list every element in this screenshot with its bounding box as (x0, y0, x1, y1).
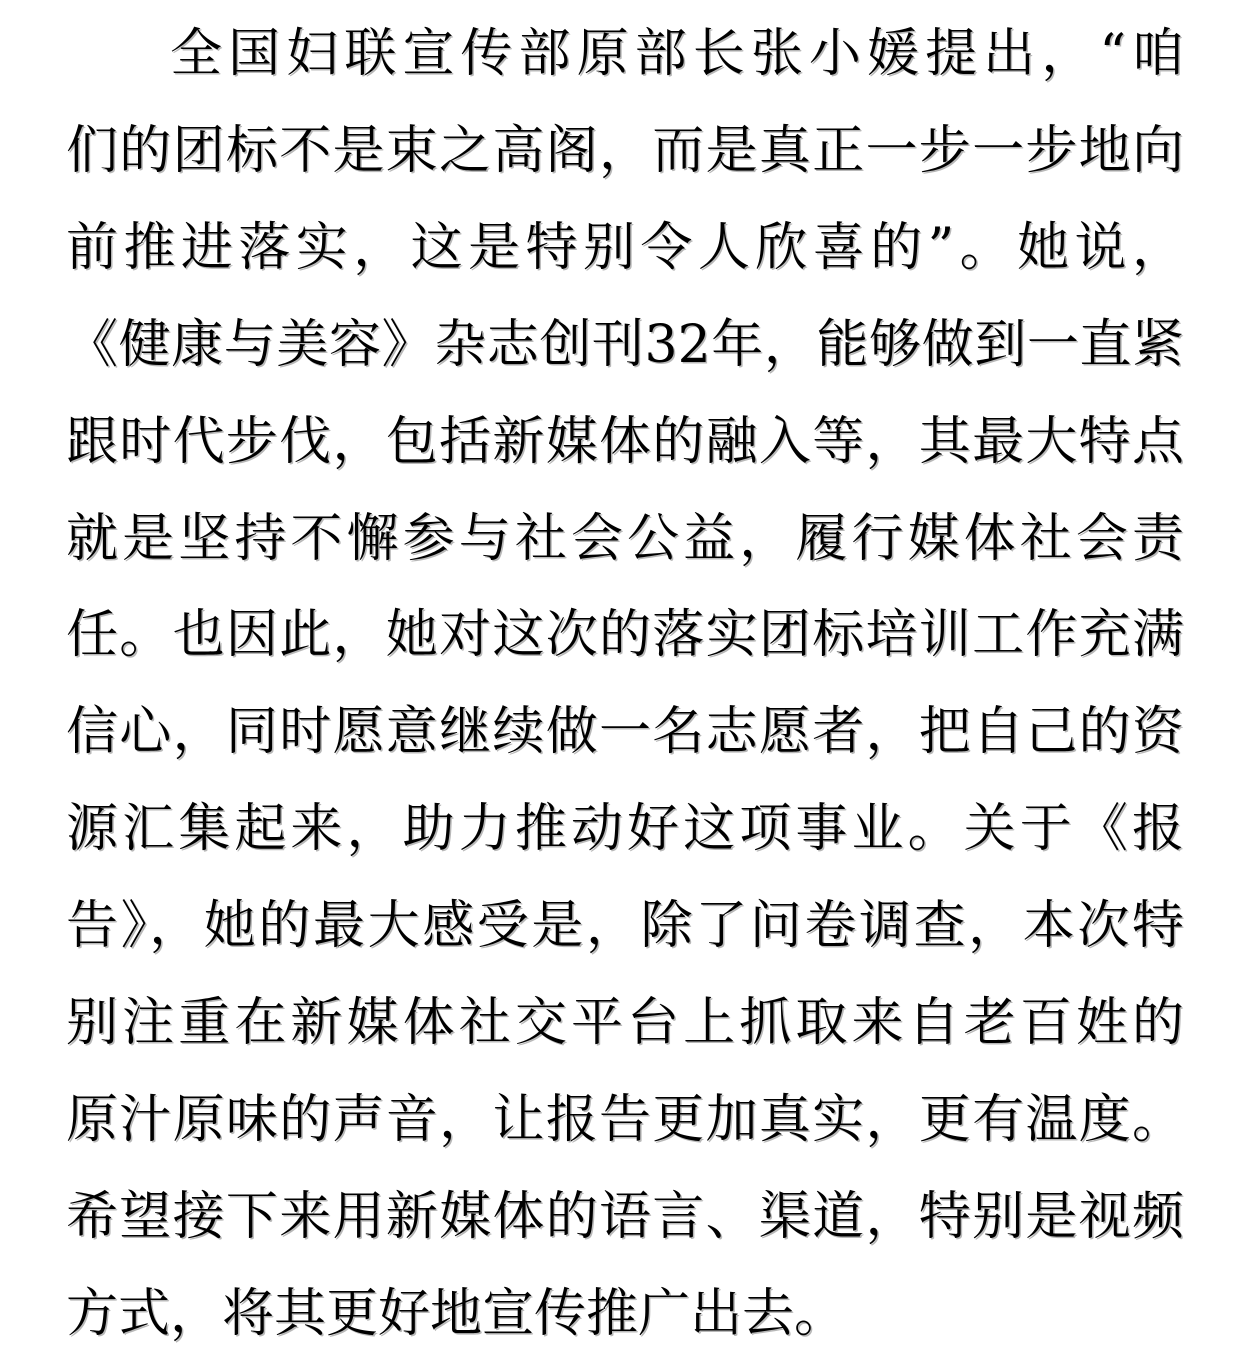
text-line: 源汇集起来，助力推动好这项事业。关于《报 (66, 781, 1184, 878)
text-line: 们的团标不是束之高阁，而是真正一步一步地向 (66, 103, 1184, 200)
text-line: 希望接下来用新媒体的语言、渠道，特别是视频 (66, 1169, 1184, 1266)
text-line: 全国妇联宣传部原部长张小媛提出，“咱 (66, 6, 1184, 103)
text-line: 告》，她的最大感受是，除了问卷调查，本次特 (66, 878, 1184, 975)
text-line: 信心，同时愿意继续做一名志愿者，把自己的资 (66, 684, 1184, 781)
text-line: 别注重在新媒体社交平台上抓取来自老百姓的 (66, 975, 1184, 1072)
text-line: 方式，将其更好地宣传推广出去。 (66, 1266, 1184, 1356)
text-line: 原汁原味的声音，让报告更加真实，更有温度。 (66, 1072, 1184, 1169)
text-line: 跟时代步伐，包括新媒体的融入等，其最大特点 (66, 394, 1184, 491)
text-line: 前推进落实，这是特别令人欣喜的”。她说， (66, 200, 1184, 297)
document-page: 全国妇联宣传部原部长张小媛提出，“咱 们的团标不是束之高阁，而是真正一步一步地向… (0, 0, 1248, 1356)
text-line: 《健康与美容》杂志创刊32年，能够做到一直紧 (66, 297, 1184, 394)
text-line: 就是坚持不懈参与社会公益，履行媒体社会责 (66, 491, 1184, 588)
text-line: 任。也因此，她对这次的落实团标培训工作充满 (66, 587, 1184, 684)
